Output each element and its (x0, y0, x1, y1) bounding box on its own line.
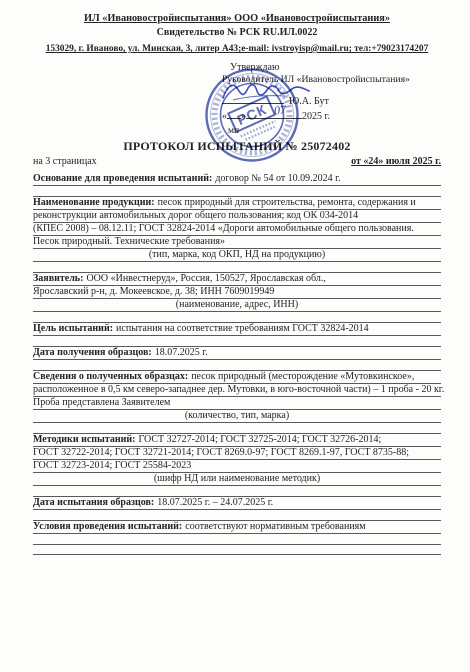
handwritten-signature (219, 80, 314, 106)
certificate-number-line: Свидетельство № РСК RU.ИЛ.0022 (33, 27, 441, 39)
ruled-blank-line (33, 534, 441, 545)
field-samples-line2: расположенное в 0,5 км северо-западнее д… (33, 384, 441, 397)
conditions-value: соответствуют нормативным требованиям (185, 521, 365, 532)
applicant-line2: Ярославский р-н, д. Мокеевское, д. 38; И… (33, 286, 274, 297)
ruled-blank-line (33, 545, 441, 555)
field-methods-line3: ГОСТ 32723-2014; ГОСТ 25584-2023 (33, 460, 441, 473)
protocol-date: от «24» июля 2025 г. (351, 156, 441, 168)
pages-note: на 3 страницах (33, 156, 97, 168)
product-line3: (КПЕС 2008) – 08.12.11; ГОСТ 32824-2014 … (33, 223, 414, 234)
samples-label: Сведения о полученных образцах: (33, 371, 188, 382)
basis-value: договор № 54 от 10.09.2024 г. (215, 173, 340, 184)
purpose-label: Цель испытаний: (33, 323, 113, 334)
product-label: Наименование продукции: (33, 197, 155, 208)
field-conditions: Условия проведения испытаний:соответству… (33, 521, 441, 534)
field-methods-line2: ГОСТ 32722-2014; ГОСТ 32721-2014; ГОСТ 8… (33, 447, 441, 460)
field-methods-line1: Методики испытаний:ГОСТ 32727-2014; ГОСТ… (33, 434, 441, 447)
product-caption: (тип, марка, код ОКП, НД на продукцию) (33, 249, 441, 262)
test-dates-label: Дата испытания образцов: (33, 497, 154, 508)
methods-label: Методики испытаний: (33, 434, 136, 445)
basis-label: Основание для проведения испытаний: (33, 173, 212, 184)
field-test-dates: Дата испытания образцов:18.07.2025 г. – … (33, 497, 441, 510)
applicant-caption: (наименование, адрес, ИНН) (33, 299, 441, 312)
received-date-label: Дата получения образцов: (33, 347, 152, 358)
ruled-blank-line (33, 336, 441, 347)
ruled-blank-line (33, 486, 441, 497)
field-applicant-line1: Заявитель:ООО «Инвестнеруд», Россия, 150… (33, 273, 441, 286)
date-year: 2025 г. (302, 111, 330, 122)
product-value: песок природный для строительства, ремон… (158, 197, 416, 208)
field-product-line2: реконструкции автомобильных дорог общего… (33, 210, 441, 223)
field-purpose: Цель испытаний:испытания на соответствие… (33, 323, 441, 336)
samples-line2: расположенное в 0,5 км северо-западнее д… (33, 384, 444, 395)
applicant-label: Заявитель: (33, 273, 83, 284)
address-contacts-line: 153029, г. Иваново, ул. Минская, 3, лите… (33, 43, 441, 55)
field-applicant-line2: Ярославский р-н, д. Мокеевское, д. 38; И… (33, 286, 441, 299)
methods-line2: ГОСТ 32722-2014; ГОСТ 32721-2014; ГОСТ 8… (33, 447, 409, 458)
samples-caption-text: (количество, тип, марка) (185, 410, 289, 421)
samples-value: песок природный (месторождение «Мутовкин… (191, 371, 414, 382)
received-date-value: 18.07.2025 г. (155, 347, 208, 358)
applicant-caption-text: (наименование, адрес, ИНН) (176, 299, 298, 310)
field-product-line3: (КПЕС 2008) – 08.12.11; ГОСТ 32824-2014 … (33, 223, 441, 236)
ruled-blank-line (33, 423, 441, 434)
field-samples-line3: Проба представлена Заявителем (33, 397, 441, 410)
product-line4: Песок природный. Технические требования» (33, 236, 225, 247)
applicant-value: ООО «Инвестнеруд», Россия, 150527, Яросл… (86, 273, 325, 284)
methods-value: ГОСТ 32727-2014; ГОСТ 32725-2014; ГОСТ 3… (139, 434, 382, 445)
ruled-blank-line (33, 186, 441, 197)
product-line2: реконструкции автомобильных дорог общего… (33, 210, 358, 221)
ruled-blank-line (33, 510, 441, 521)
field-product-line4: Песок природный. Технические требования» (33, 236, 441, 249)
methods-caption-text: (шифр НД или наименование методик) (154, 473, 320, 484)
field-samples-line1: Сведения о полученных образцах:песок при… (33, 371, 441, 384)
purpose-value: испытания на соответствие требованиям ГО… (116, 323, 369, 334)
methods-caption: (шифр НД или наименование методик) (33, 473, 441, 486)
ruled-blank-line (33, 312, 441, 323)
conditions-label: Условия проведения испытаний: (33, 521, 182, 532)
samples-line3: Проба представлена Заявителем (33, 397, 170, 408)
field-received-date: Дата получения образцов:18.07.2025 г. (33, 347, 441, 360)
product-caption-text: (тип, марка, код ОКП, НД на продукцию) (149, 249, 325, 260)
field-product-line1: Наименование продукции:песок природный д… (33, 197, 441, 210)
samples-caption: (количество, тип, марка) (33, 410, 441, 423)
ruled-blank-line (33, 262, 441, 273)
test-dates-value: 18.07.2025 г. – 24.07.2025 г. (157, 497, 273, 508)
lab-name-line: ИЛ «Ивановостройиспытания» ООО «Ивановос… (33, 13, 441, 25)
field-basis: Основание для проведения испытаний:догов… (33, 173, 441, 186)
ruled-blank-line (33, 360, 441, 371)
methods-line3: ГОСТ 32723-2014; ГОСТ 25584-2023 (33, 460, 191, 471)
scanned-test-protocol-page: ИЛ «Ивановостройиспытания» ООО «Ивановос… (0, 0, 470, 672)
